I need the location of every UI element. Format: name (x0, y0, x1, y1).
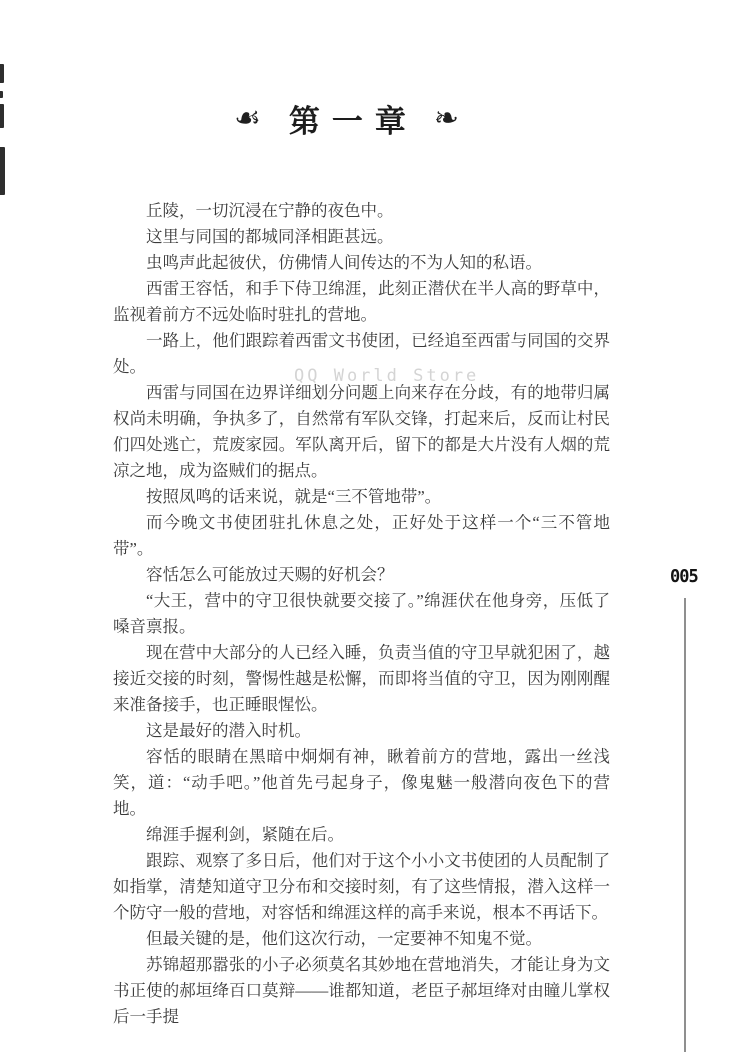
paragraph: 西雷王容恬，和手下侍卫绵涯，此刻正潜伏在半人高的野草中，监视着前方不远处临时驻扎… (113, 276, 610, 328)
paragraph: 丘陵，一切沉浸在宁静的夜色中。 (113, 198, 610, 224)
paragraph: 一路上，他们跟踪着西雷文书使团，已经追至西雷与同国的交界处。 (113, 328, 610, 380)
paragraph: “大王，营中的守卫很快就要交接了。”绵涯伏在他身旁，压低了嗓音禀报。 (113, 588, 610, 640)
paragraph: 按照凤鸣的话来说，就是“三不管地带”。 (113, 484, 610, 510)
paragraph: 苏锦超那嚣张的小子必须莫名其妙地在营地消失，才能让身为文书正使的郝垣绛百口莫辩—… (113, 952, 610, 1030)
spine-mark (0, 64, 4, 83)
paragraph: 这是最好的潜入时机。 (113, 718, 610, 744)
spine-mark (0, 91, 3, 98)
paragraph: 这里与同国的都城同泽相距甚远。 (113, 224, 610, 250)
spine-mark (0, 147, 5, 195)
paragraph: 但最关键的是，他们这次行动，一定要神不知鬼不觉。 (113, 926, 610, 952)
paragraph: 西雷与同国在边界详细划分问题上向来存在分歧，有的地带归属权尚未明确，争执多了，自… (113, 380, 610, 484)
floral-ornament-left-icon: ☙ (234, 104, 261, 134)
book-page: ☙ 第一章 ❧ QQ World Store 丘陵，一切沉浸在宁静的夜色中。 这… (0, 0, 750, 1052)
paragraph: 容恬的眼睛在黑暗中炯炯有神，瞅着前方的营地，露出一丝浅笑，道：“动手吧。”他首先… (113, 744, 610, 822)
chapter-title: 第一章 (277, 96, 418, 141)
chapter-header: ☙ 第一章 ❧ (98, 96, 595, 141)
paragraph: 现在营中大部分的人已经入睡，负责当值的守卫早就犯困了，越接近交接的时刻，警惕性越… (113, 640, 610, 718)
paragraph: 容恬怎么可能放过天赐的好机会？ (113, 562, 610, 588)
paragraph: 而今晚文书使团驻扎休息之处，正好处于这样一个“三不管地带”。 (113, 510, 610, 562)
paragraph: 绵涯手握利剑，紧随在后。 (113, 822, 610, 848)
spine-mark (0, 104, 4, 128)
vertical-rule (684, 598, 686, 1052)
paragraph: 虫鸣声此起彼伏，仿佛情人间传达的不为人知的私语。 (113, 250, 610, 276)
paragraph: 跟踪、观察了多日后，他们对于这个小小文书使团的人员配制了如指掌，清楚知道守卫分布… (113, 848, 610, 926)
floral-ornament-right-icon: ❧ (434, 104, 459, 134)
body-text: 丘陵，一切沉浸在宁静的夜色中。 这里与同国的都城同泽相距甚远。 虫鸣声此起彼伏，… (113, 198, 610, 1030)
page-number: 005 (670, 567, 698, 588)
